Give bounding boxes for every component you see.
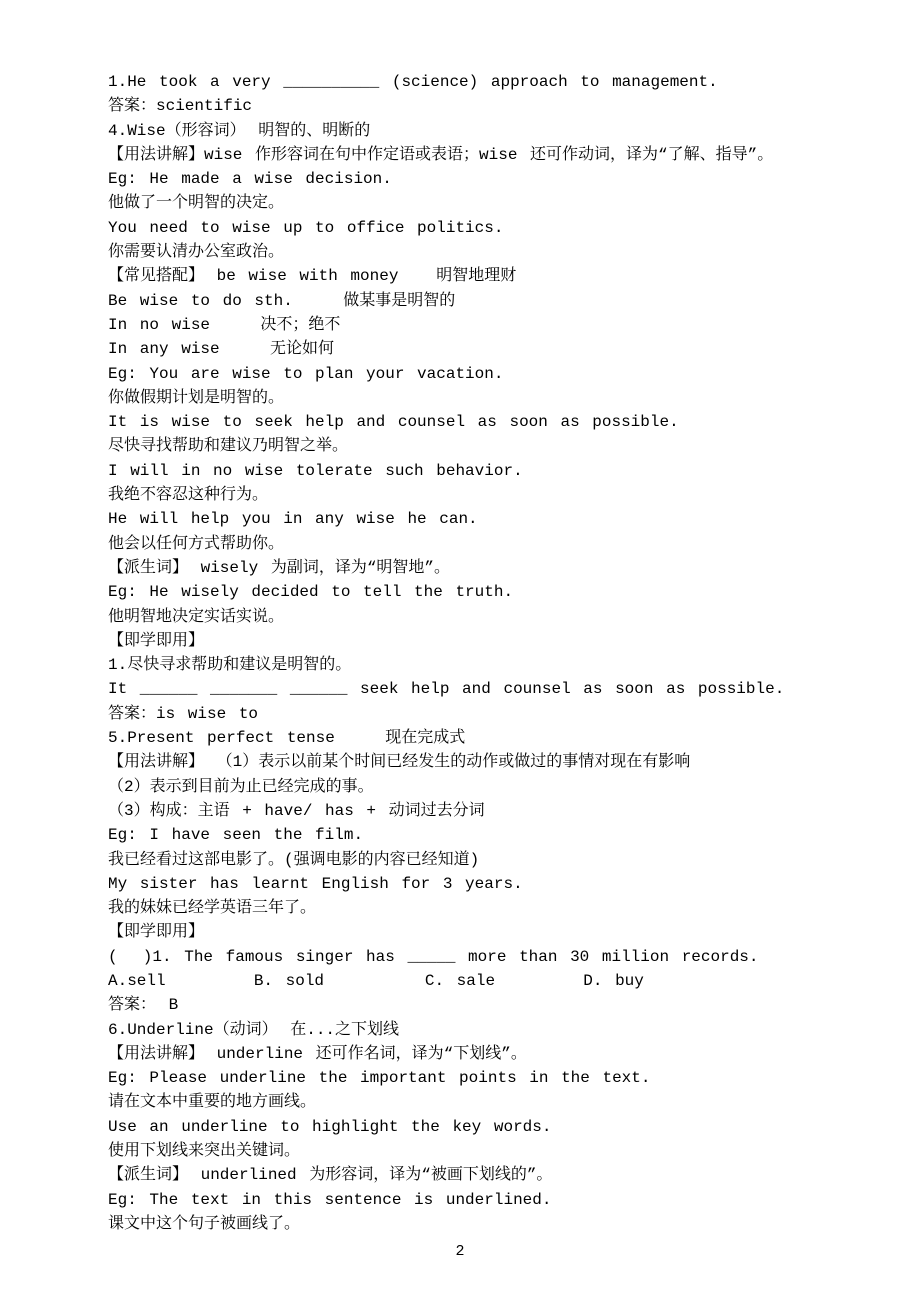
document-line: I will in no wise tolerate such behavior… (108, 459, 880, 483)
document-line: 你需要认清办公室政治。 (108, 240, 880, 264)
document-line: 我的妹妹已经学英语三年了。 (108, 896, 880, 920)
document-line: Eg: He made a wise decision. (108, 167, 880, 191)
document-line: It is wise to seek help and counsel as s… (108, 410, 880, 434)
document-page: 1.He took a very __________ (science) ap… (0, 0, 920, 1302)
document-line: 答案：scientific (108, 94, 880, 118)
document-line: You need to wise up to office politics. (108, 216, 880, 240)
document-line: My sister has learnt English for 3 years… (108, 872, 880, 896)
document-line: 【常见搭配】 be wise with money 明智地理财 (108, 264, 880, 288)
document-line: 【用法讲解】 （1）表示以前某个时间已经发生的动作或做过的事情对现在有影响 (108, 750, 880, 774)
document-line: 4.Wise（形容词） 明智的、明断的 (108, 119, 880, 143)
document-line: Eg: Please underline the important point… (108, 1066, 880, 1090)
document-line: 我已经看过这部电影了。(强调电影的内容已经知道) (108, 848, 880, 872)
document-line: 我绝不容忍这种行为。 (108, 483, 880, 507)
document-line: Eg: I have seen the film. (108, 823, 880, 847)
document-line: 5.Present perfect tense 现在完成式 (108, 726, 880, 750)
document-line: 他做了一个明智的决定。 (108, 191, 880, 215)
document-line: 答案：is wise to (108, 702, 880, 726)
document-line: A.sell B. sold C. sale D. buy (108, 969, 880, 993)
document-line: 尽快寻找帮助和建议乃明智之举。 (108, 434, 880, 458)
document-line: （2）表示到目前为止已经完成的事。 (108, 775, 880, 799)
document-line: It ______ _______ ______ seek help and c… (108, 677, 880, 701)
document-line: Eg: He wisely decided to tell the truth. (108, 580, 880, 604)
document-line: Use an underline to highlight the key wo… (108, 1115, 880, 1139)
document-line: 【即学即用】 (108, 629, 880, 653)
document-line: 使用下划线来突出关键词。 (108, 1139, 880, 1163)
document-line: 【用法讲解】wise 作形容词在句中作定语或表语；wise 还可作动词，译为“了… (108, 143, 880, 167)
page-footer: 2 (0, 1242, 920, 1260)
page-number: 2 (455, 1243, 464, 1260)
document-line: Be wise to do sth. 做某事是明智的 (108, 289, 880, 313)
document-body: 1.He took a very __________ (science) ap… (108, 70, 880, 1236)
document-line: Eg: You are wise to plan your vacation. (108, 362, 880, 386)
document-line: He will help you in any wise he can. (108, 507, 880, 531)
document-line: ( )1. The famous singer has _____ more t… (108, 945, 880, 969)
document-line: 请在文本中重要的地方画线。 (108, 1090, 880, 1114)
document-line: 【用法讲解】 underline 还可作名词，译为“下划线”。 (108, 1042, 880, 1066)
document-line: （3）构成：主语 + have/ has + 动词过去分词 (108, 799, 880, 823)
document-line: In no wise 决不；绝不 (108, 313, 880, 337)
document-line: 他会以任何方式帮助你。 (108, 532, 880, 556)
document-line: 答案： B (108, 993, 880, 1017)
document-line: 6.Underline（动词） 在...之下划线 (108, 1018, 880, 1042)
document-line: 1.尽快寻求帮助和建议是明智的。 (108, 653, 880, 677)
document-line: Eg: The text in this sentence is underli… (108, 1188, 880, 1212)
document-line: 【即学即用】 (108, 920, 880, 944)
document-line: 1.He took a very __________ (science) ap… (108, 70, 880, 94)
document-line: 【派生词】 wisely 为副词，译为“明智地”。 (108, 556, 880, 580)
document-line: In any wise 无论如何 (108, 337, 880, 361)
document-line: 你做假期计划是明智的。 (108, 386, 880, 410)
document-line: 【派生词】 underlined 为形容词，译为“被画下划线的”。 (108, 1163, 880, 1187)
document-line: 课文中这个句子被画线了。 (108, 1212, 880, 1236)
document-line: 他明智地决定实话实说。 (108, 605, 880, 629)
